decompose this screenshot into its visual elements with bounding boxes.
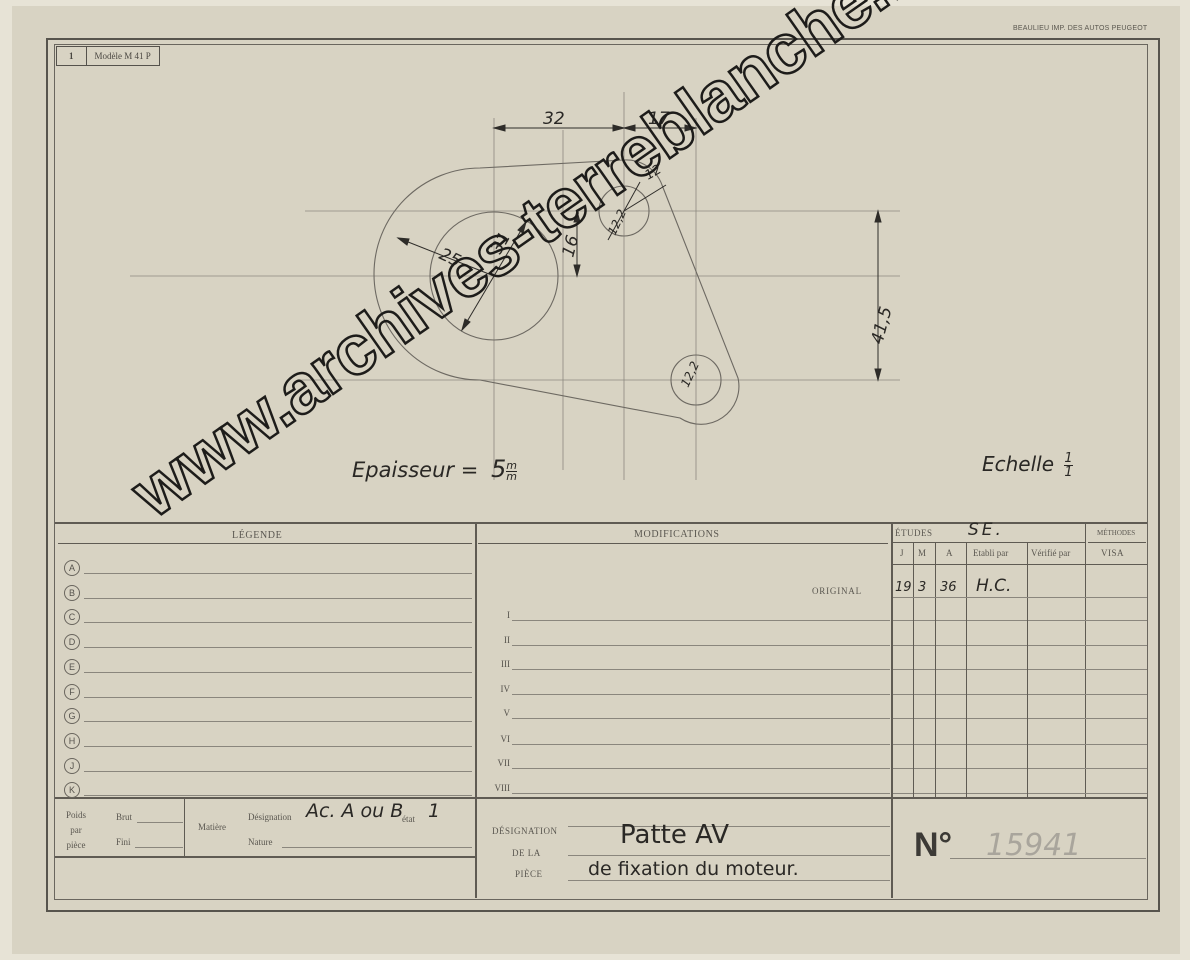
modification-line[interactable] bbox=[512, 718, 890, 719]
etudes-row-line bbox=[893, 645, 1147, 646]
etudes-row-line bbox=[893, 669, 1147, 670]
brut-field[interactable] bbox=[137, 822, 183, 823]
legend-title: LÉGENDE bbox=[232, 530, 282, 541]
etudes-row-line bbox=[893, 597, 1147, 598]
legend-line[interactable] bbox=[84, 697, 472, 698]
modification-index: VI bbox=[480, 734, 510, 744]
etudes-rule bbox=[893, 542, 1085, 543]
legend-line[interactable] bbox=[84, 598, 472, 599]
legend-line[interactable] bbox=[84, 622, 472, 623]
legend-line[interactable] bbox=[84, 721, 472, 722]
thickness-note: Epaisseur = 5mm bbox=[352, 455, 517, 483]
dim-32: 32 bbox=[543, 109, 565, 129]
etat-label: état bbox=[402, 814, 415, 824]
nature-label: Nature bbox=[248, 837, 273, 847]
matiere-label: Matière bbox=[198, 822, 226, 832]
legend-marker-h: H bbox=[64, 733, 80, 749]
modification-index: VII bbox=[480, 758, 510, 768]
col-j: J bbox=[900, 548, 904, 558]
etudes-header-bottom bbox=[893, 564, 1147, 565]
part-rule-3 bbox=[568, 880, 890, 881]
col-verifie: Vérifié par bbox=[1031, 548, 1070, 558]
etudes-row-line bbox=[893, 620, 1147, 621]
modification-index: III bbox=[480, 659, 510, 669]
legend-header-rule bbox=[58, 543, 472, 544]
title-block-middle bbox=[55, 797, 1147, 799]
etudes-row-line bbox=[893, 694, 1147, 695]
etudes-row-line bbox=[893, 718, 1147, 719]
material-bottom bbox=[55, 856, 475, 858]
nature-field[interactable] bbox=[282, 847, 472, 848]
modification-line[interactable] bbox=[512, 744, 890, 745]
divider-mods bbox=[891, 522, 893, 898]
etat-value: 1 bbox=[428, 800, 440, 822]
modification-line[interactable] bbox=[512, 694, 890, 695]
col-m: M bbox=[918, 548, 926, 558]
part-rule-2 bbox=[568, 855, 890, 856]
etudes-column-divider bbox=[913, 543, 914, 797]
poids-label: Poidsparpièce bbox=[63, 808, 89, 853]
etudes-title: ÉTUDES bbox=[895, 528, 933, 538]
modification-line[interactable] bbox=[512, 669, 890, 670]
legend-line[interactable] bbox=[84, 573, 472, 574]
legend-line[interactable] bbox=[84, 771, 472, 772]
part-name-line1: Patte AV bbox=[620, 820, 729, 850]
modification-line[interactable] bbox=[512, 768, 890, 769]
part-label-1: DÉSIGNATION bbox=[492, 826, 558, 836]
col-etabli: Etabli par bbox=[973, 548, 1008, 558]
number-rule bbox=[950, 858, 1146, 859]
etudes-column-divider bbox=[1027, 543, 1028, 797]
legend-line[interactable] bbox=[84, 647, 472, 648]
brut-label: Brut bbox=[116, 812, 132, 822]
mods-header-rule bbox=[478, 543, 888, 544]
modification-index: IV bbox=[480, 684, 510, 694]
orig-month: 3 bbox=[918, 580, 926, 595]
poids-divider bbox=[184, 799, 185, 856]
orig-year: 36 bbox=[940, 580, 957, 595]
fini-label: Fini bbox=[116, 837, 131, 847]
part-label-2: DE LA bbox=[512, 848, 541, 858]
designation-value: Ac. A ou B bbox=[306, 800, 403, 822]
legend-line[interactable] bbox=[84, 746, 472, 747]
methodes-rule bbox=[1088, 542, 1146, 543]
col-visa: VISA bbox=[1101, 548, 1124, 558]
modification-line[interactable] bbox=[512, 645, 890, 646]
original-label: ORIGINAL bbox=[812, 586, 862, 596]
legend-marker-j: J bbox=[64, 758, 80, 774]
part-label-3: PIÈCE bbox=[515, 869, 543, 879]
legend-line[interactable] bbox=[84, 672, 472, 673]
legend-marker-a: A bbox=[64, 560, 80, 576]
orig-day: 19 bbox=[895, 580, 912, 595]
modification-line[interactable] bbox=[512, 793, 890, 794]
modifications-title: MODIFICATIONS bbox=[634, 529, 720, 540]
modification-index: II bbox=[480, 635, 510, 645]
legend-marker-b: B bbox=[64, 585, 80, 601]
part-name-line2: de fixation du moteur. bbox=[588, 858, 799, 880]
number-label: N° bbox=[914, 826, 952, 865]
legend-marker-e: E bbox=[64, 659, 80, 675]
designation-label: Désignation bbox=[248, 812, 292, 822]
scale-note: Echelle 11 bbox=[982, 452, 1073, 479]
methodes-title: MÉTHODES bbox=[1097, 529, 1135, 537]
legend-line[interactable] bbox=[84, 795, 472, 796]
divider-legend bbox=[475, 522, 477, 898]
legend-marker-f: F bbox=[64, 684, 80, 700]
modification-index: V bbox=[480, 708, 510, 718]
modification-index: I bbox=[480, 610, 510, 620]
orig-etabli: H.C. bbox=[976, 576, 1011, 596]
fini-field[interactable] bbox=[135, 847, 183, 848]
etudes-row-line bbox=[893, 793, 1147, 794]
legend-marker-d: D bbox=[64, 634, 80, 650]
col-a: A bbox=[946, 548, 953, 558]
etudes-column-divider bbox=[935, 543, 936, 797]
dim-41-5: 41,5 bbox=[868, 305, 897, 347]
modification-index: VIII bbox=[480, 783, 510, 793]
etudes-service: SE. bbox=[968, 520, 1004, 540]
modification-line[interactable] bbox=[512, 620, 890, 621]
dim-12-2-bottom: 12,2 bbox=[678, 359, 702, 389]
etudes-column-divider bbox=[966, 543, 967, 797]
etudes-row-line bbox=[893, 744, 1147, 745]
etudes-row-line bbox=[893, 768, 1147, 769]
